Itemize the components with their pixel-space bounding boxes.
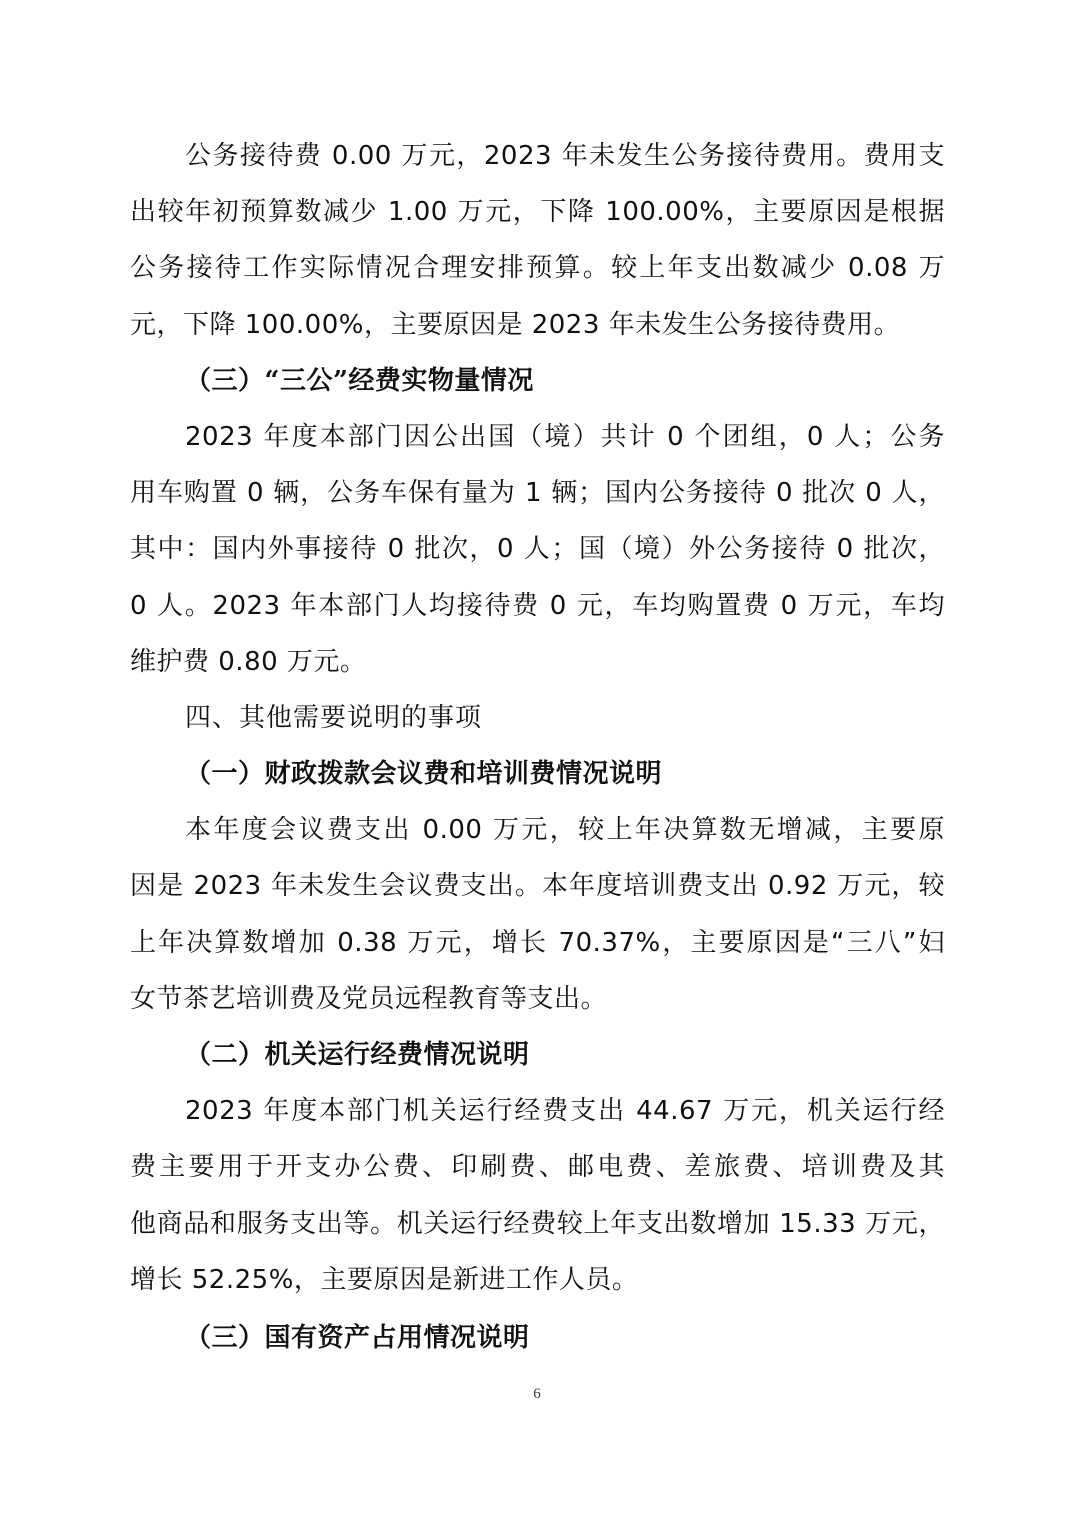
text-line: 他商品和服务支出等。机关运行经费较上年支出数增加 15.33 万元， (130, 1196, 945, 1252)
text-line: 女节茶艺培训费及党员远程教育等支出。 (130, 971, 945, 1027)
page-number: 6 (0, 1386, 1074, 1403)
text-line: 增长 52.25%，主要原因是新进工作人员。 (130, 1252, 945, 1308)
section-heading-three-public-physical: （三）“三公”经费实物量情况 (130, 353, 945, 409)
text-line: 维护费 0.80 万元。 (130, 634, 945, 690)
section-heading-operating-expenses: （二）机关运行经费情况说明 (130, 1027, 945, 1083)
text-line: 用车购置 0 辆，公务车保有量为 1 辆；国内公务接待 0 批次 0 人， (130, 465, 945, 521)
text-line: 公务接待工作实际情况合理安排预算。较上年支出数减少 0.08 万 (130, 240, 945, 296)
text-line: 本年度会议费支出 0.00 万元，较上年决算数无增减，主要原 (130, 802, 945, 858)
paragraph-meeting-training: 本年度会议费支出 0.00 万元，较上年决算数无增减，主要原 因是 2023 年… (130, 802, 945, 1027)
text-line: 2023 年度本部门因公出国（境）共计 0 个团组，0 人；公务 (130, 409, 945, 465)
text-line: 上年决算数增加 0.38 万元，增长 70.37%，主要原因是“三八”妇 (130, 915, 945, 971)
text-line: 因是 2023 年未发生会议费支出。本年度培训费支出 0.92 万元，较 (130, 858, 945, 914)
paragraph-physical-quantities: 2023 年度本部门因公出国（境）共计 0 个团组，0 人；公务 用车购置 0 … (130, 409, 945, 690)
text-line: 费主要用于开支办公费、印刷费、邮电费、差旅费、培训费及其 (130, 1139, 945, 1195)
section-heading-state-assets: （三）国有资产占用情况说明 (130, 1310, 945, 1366)
text-line: 2023 年度本部门机关运行经费支出 44.67 万元，机关运行经 (130, 1083, 945, 1139)
document-page: 公务接待费 0.00 万元，2023 年未发生公务接待费用。费用支 出较年初预算… (0, 0, 1074, 1520)
text-line: 出较年初预算数减少 1.00 万元，下降 100.00%，主要原因是根据 (130, 184, 945, 240)
page-content: 公务接待费 0.00 万元，2023 年未发生公务接待费用。费用支 出较年初预算… (130, 128, 945, 1366)
section-heading-other-matters: 四、其他需要说明的事项 (130, 690, 945, 746)
section-heading-meeting-training-fees: （一）财政拨款会议费和培训费情况说明 (130, 746, 945, 802)
paragraph-reception-fee: 公务接待费 0.00 万元，2023 年未发生公务接待费用。费用支 出较年初预算… (130, 128, 945, 353)
text-line: 元，下降 100.00%，主要原因是 2023 年未发生公务接待费用。 (130, 297, 945, 353)
text-line: 其中：国内外事接待 0 批次，0 人；国（境）外公务接待 0 批次， (130, 521, 945, 577)
text-line: 0 人。2023 年本部门人均接待费 0 元，车均购置费 0 万元，车均 (130, 578, 945, 634)
text-line: 公务接待费 0.00 万元，2023 年未发生公务接待费用。费用支 (130, 128, 945, 184)
paragraph-operating-expenses: 2023 年度本部门机关运行经费支出 44.67 万元，机关运行经 费主要用于开… (130, 1083, 945, 1308)
